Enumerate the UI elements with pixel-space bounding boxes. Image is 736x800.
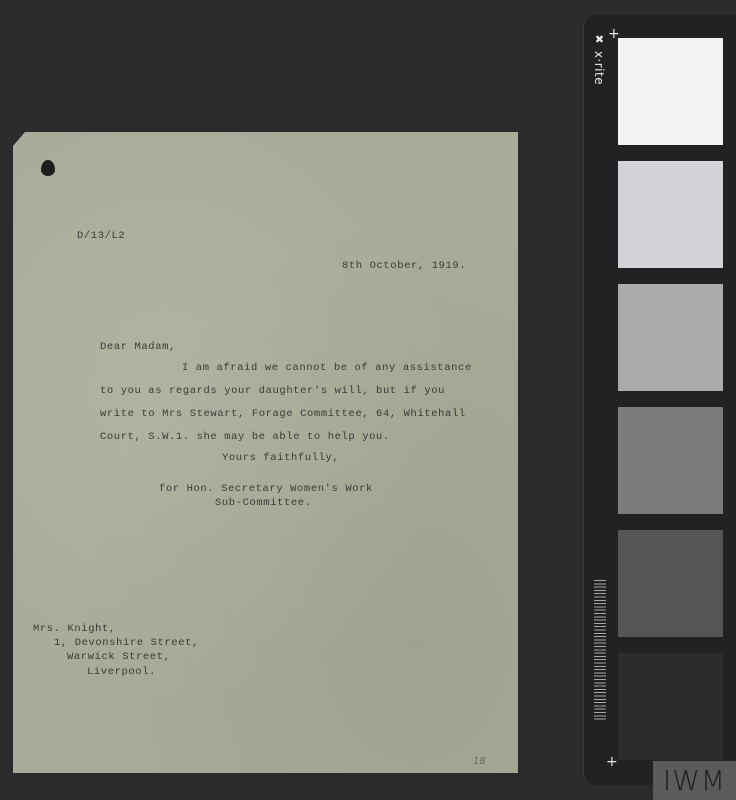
gray-patch-3 (618, 284, 723, 391)
gray-patch-5 (618, 530, 723, 637)
address-line: 1, Devonshire Street, (54, 638, 199, 649)
salutation: Dear Madam, (100, 342, 176, 353)
body-line: I am afraid we cannot be of any assistan… (182, 363, 472, 374)
body-line: Court, S.W.1. she may be able to help yo… (100, 432, 390, 443)
body-line: write to Mrs Stewart, Forage Committee, … (100, 409, 466, 420)
signature-line: for Hon. Secretary Women's Work (159, 484, 373, 495)
punch-hole (41, 160, 55, 176)
address-line: Mrs. Knight, (33, 624, 116, 635)
xrite-brand: x·rite (592, 51, 606, 85)
letter-date: 8th October, 1919. (342, 261, 466, 272)
scale-ruler (594, 580, 606, 720)
letter-paper: D/13/L2 8th October, 1919. Dear Madam, I… (13, 132, 518, 773)
reference-code: D/13/L2 (77, 231, 125, 242)
gray-patch-4 (618, 407, 723, 514)
xrite-logo: ✖ x·rite (592, 33, 606, 85)
crosshair-icon: + (606, 755, 618, 769)
xrite-mark-icon: ✖ (593, 33, 606, 47)
signature-line: Sub-Committee. (215, 498, 312, 509)
gray-patch-2 (618, 161, 723, 268)
gray-patch-6 (618, 653, 723, 760)
body-line: to you as regards your daughter's will, … (100, 386, 445, 397)
iwm-watermark: IWM (653, 761, 736, 800)
color-calibration-chart: ✖ x·rite + + (583, 15, 736, 785)
closing: Yours faithfully, (222, 453, 339, 464)
address-line: Warwick Street, (67, 652, 171, 663)
gray-patch-1 (618, 38, 723, 145)
page-number: 18 (473, 756, 486, 767)
address-line: Liverpool. (87, 667, 156, 678)
